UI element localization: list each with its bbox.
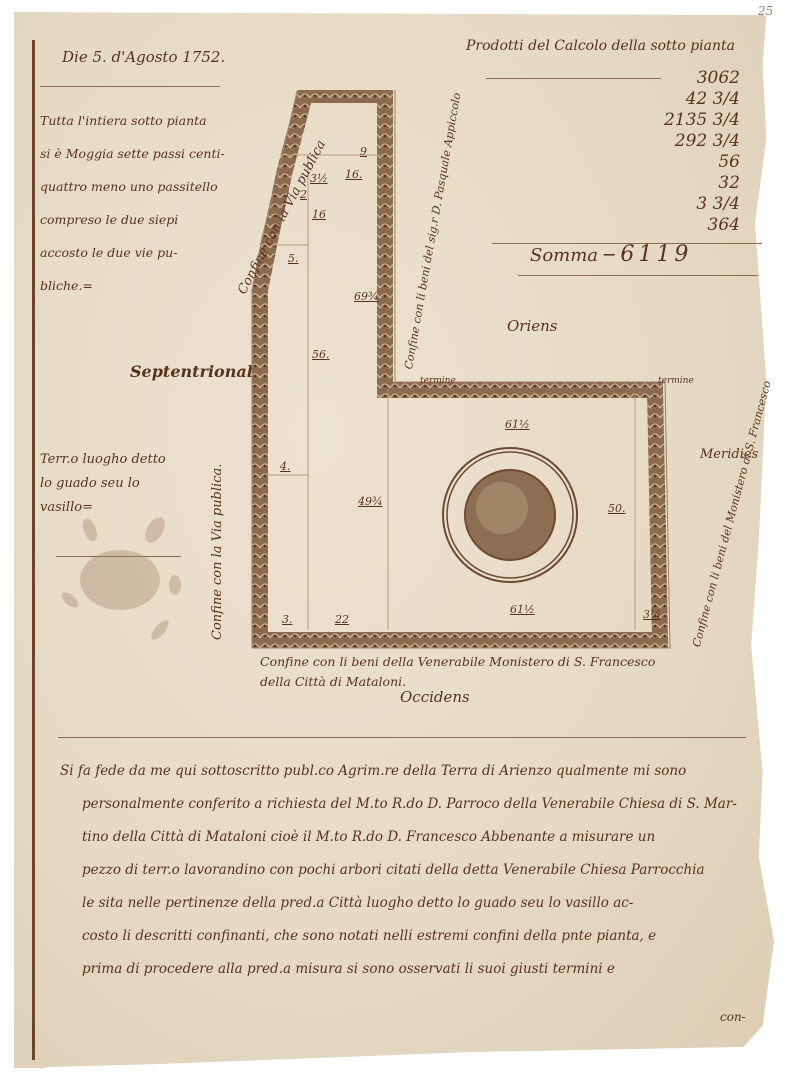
measurement-label: 16 — [312, 208, 326, 221]
certificate-line: Si fa fede da me qui sottoscritto publ.c… — [60, 755, 780, 788]
confine-bottom-note: Confine con li beni della Venerabile Mon… — [260, 652, 655, 692]
certificate-continuation: con- — [720, 1010, 746, 1024]
ink-blot-stain-icon — [50, 510, 190, 650]
binding-spine-line — [32, 40, 35, 1060]
measurement-label: 49¾ — [358, 495, 383, 508]
certificate-line: prima di procedere alla pred.a misura si… — [60, 953, 780, 986]
measurement-label: 61½ — [505, 418, 530, 431]
measurement-label: 9 — [360, 145, 367, 158]
area-total-note: Tutta l'intiera sotto pianta si è Moggia… — [40, 104, 225, 302]
measurement-label: 4. — [280, 460, 291, 473]
measurement-label: 69¾ — [354, 290, 379, 303]
confine-via-publica-left: Confine con la Via publica. — [210, 464, 225, 640]
certificate-line: tino della Città di Mataloni cioè il M.t… — [60, 821, 780, 854]
certificate-line: personalmente conferito a richiesta del … — [60, 788, 780, 821]
date-underline — [40, 86, 220, 87]
measurement-label: 3. — [282, 613, 293, 626]
products-title: Prodotti del Calcolo della sotto pianta — [466, 38, 735, 54]
measurement-label: 16. — [345, 168, 363, 181]
measurement-label: 22 — [335, 613, 349, 626]
measurement-label: 50. — [608, 502, 626, 515]
section-divider — [58, 737, 746, 738]
certificate-line: pezzo di terr.o lavorandino con pochi ar… — [60, 854, 780, 887]
certificate-line: le sita nelle pertinenze della pred.a Ci… — [60, 887, 780, 920]
measurement-label: 61½ — [510, 603, 535, 616]
product-value: 3062 — [600, 68, 740, 89]
boundary-stone-label: termine — [658, 376, 694, 386]
certificate-line: costo li descritti confinanti, che sono … — [60, 920, 780, 953]
page-number: 25 — [758, 4, 773, 18]
measurement-label: 3¼ — [643, 608, 661, 621]
boundary-stone-label: termine — [420, 376, 456, 386]
measurement-label: 56. — [312, 348, 330, 361]
certificate-text: Si fa fede da me qui sottoscritto publ.c… — [60, 755, 780, 986]
date-heading: Die 5. d'Agosto 1752. — [62, 48, 225, 66]
measurement-label: 5. — [288, 252, 299, 265]
